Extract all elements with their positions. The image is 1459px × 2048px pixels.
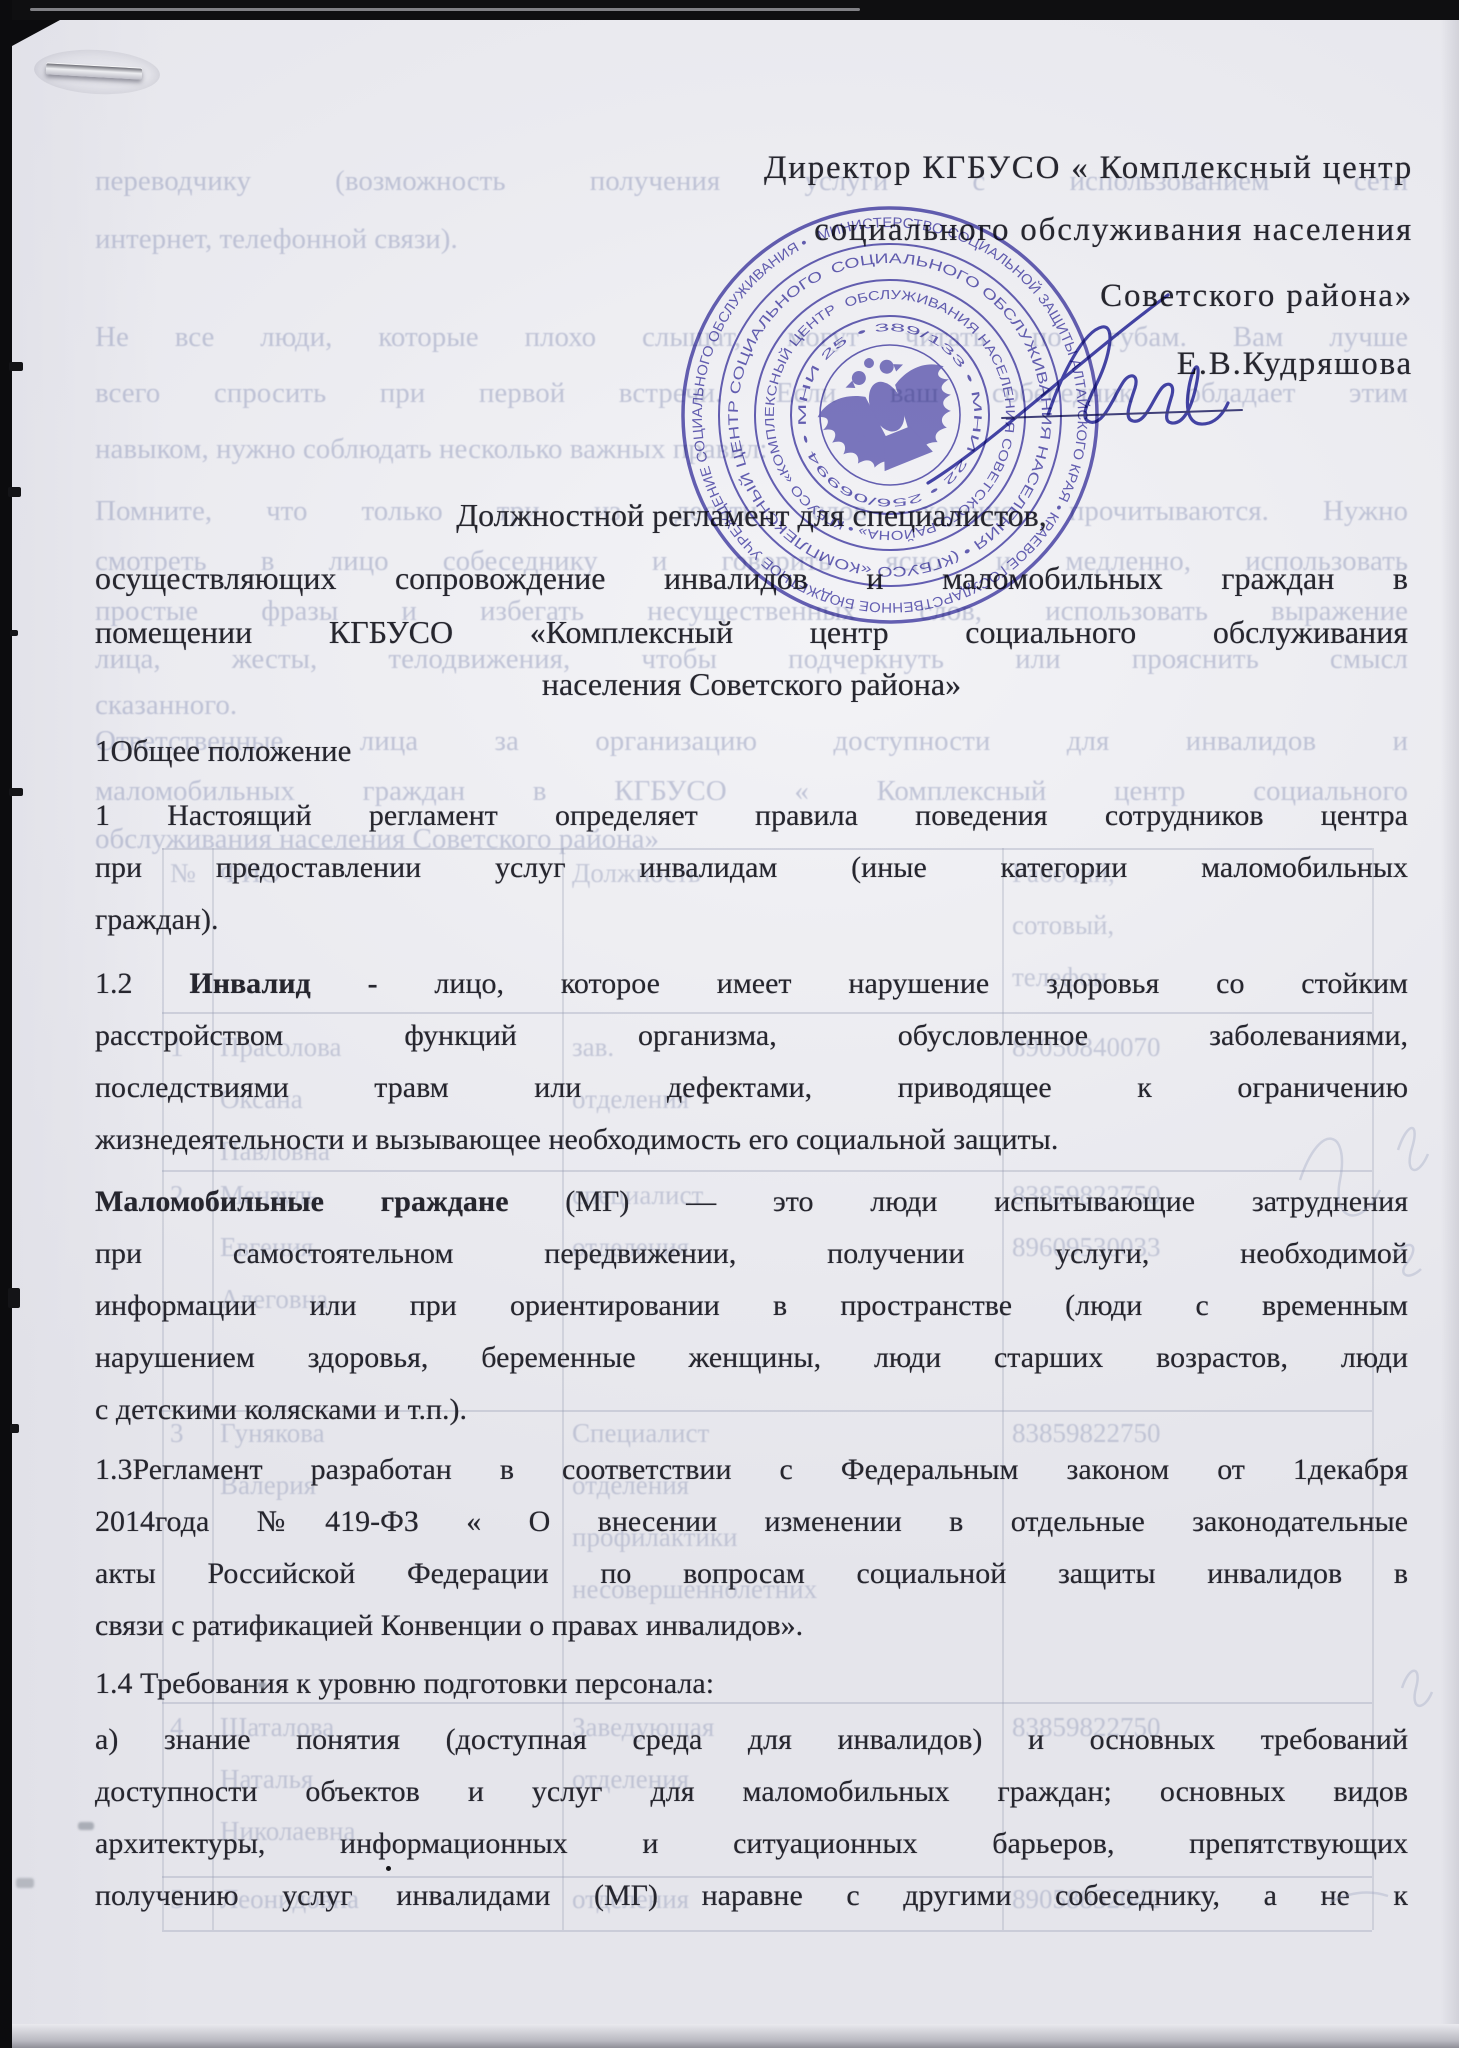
pencil-smudge (258, 1682, 266, 1688)
text-line: информации или при ориентировании в прос… (95, 1280, 1408, 1332)
pencil-smudge (78, 1822, 94, 1830)
paragraph-1: 1 Настоящий регламент определяет правила… (95, 790, 1408, 946)
scanner-edge-left (0, 0, 12, 2048)
text-line: при предоставлении услуг инвалидам (иные… (95, 842, 1408, 894)
paragraph-1-3-law: 1.3Регламент разработан в соответствии с… (95, 1444, 1408, 1652)
edge-ink-mark (10, 1424, 19, 1433)
signature-flourish-stroke (928, 295, 1168, 483)
edge-ink-mark (10, 630, 18, 636)
paragraph-a-knowledge: а) знание понятия (доступная среда для и… (95, 1714, 1408, 1922)
edge-ink-mark (9, 788, 23, 796)
text-line: жизнедеятельности и вызывающее необходим… (95, 1114, 1408, 1166)
pencil-smudge (16, 1878, 34, 1888)
director-signature (900, 265, 1420, 505)
paragraph-1-2-invalid-definition: 1.2 Инвалид - лицо, которое имеет наруше… (95, 958, 1408, 1166)
text-line: расстройством функций организма, обуслов… (95, 1010, 1408, 1062)
edge-ink-mark (9, 362, 23, 371)
text-line: 1.2 Инвалид - лицо, которое имеет наруше… (95, 958, 1408, 1010)
text-line: с детскими колясками и т.п.). (95, 1384, 1408, 1436)
paragraph-mg-definition: Маломобильные граждане (МГ) — это люди и… (95, 1176, 1408, 1436)
text-line: архитектуры, информационных и ситуационн… (95, 1818, 1408, 1870)
paper-bottom-edge-shadow (12, 2024, 1459, 2048)
director-line-1: Директор КГБУСО « Комплексный центр (764, 150, 1413, 187)
edge-ink-mark (8, 487, 21, 497)
bold-term-invalid: Инвалид - (189, 967, 377, 1000)
section-heading: 1Общее положение (95, 733, 351, 769)
text-line: получению услуг инвалидами (МГ) наравне … (95, 1870, 1408, 1922)
paper-corner-shadow (12, 20, 60, 46)
text-line: последствиями травм или дефектами, приво… (95, 1062, 1408, 1114)
bold-term-mg: Маломобильные граждане (95, 1185, 509, 1218)
document-title-line-4: населения Советского района» (95, 666, 1408, 703)
text-line: связи с ратификацией Конвенции о правах … (95, 1600, 1408, 1652)
text-line: доступности объектов и услуг для маломоб… (95, 1766, 1408, 1818)
text-line: 1 Настоящий регламент определяет правила… (95, 790, 1408, 842)
text-line: нарушением здоровья, беременные женщины,… (95, 1332, 1408, 1384)
scanner-edge-highlight (30, 8, 860, 11)
signature-underline (1002, 410, 1242, 418)
signature-loops-stroke (1048, 327, 1228, 424)
paragraph-1-4-requirements: 1.4 Требования к уровню подготовки персо… (95, 1658, 1408, 1710)
text-line: акты Российской Федерации по вопросам со… (95, 1548, 1408, 1600)
text-line: 2014года №419-ФЗ « О внесении изменении … (95, 1496, 1408, 1548)
text-line: граждан). (95, 894, 1408, 946)
text-line: 1.3Регламент разработан в соответствии с… (95, 1444, 1408, 1496)
ink-dot (386, 1866, 391, 1871)
edge-ink-mark (8, 1288, 20, 1308)
scanned-document-page: переводчику (возможность получения услуг… (0, 0, 1459, 2048)
text-line: Маломобильные граждане (МГ) — это люди и… (95, 1176, 1408, 1228)
text-line: при самостоятельном передвижении, получе… (95, 1228, 1408, 1280)
text-line: 1.4 Требования к уровню подготовки персо… (95, 1658, 1408, 1710)
text-line: а) знание понятия (доступная среда для и… (95, 1714, 1408, 1766)
